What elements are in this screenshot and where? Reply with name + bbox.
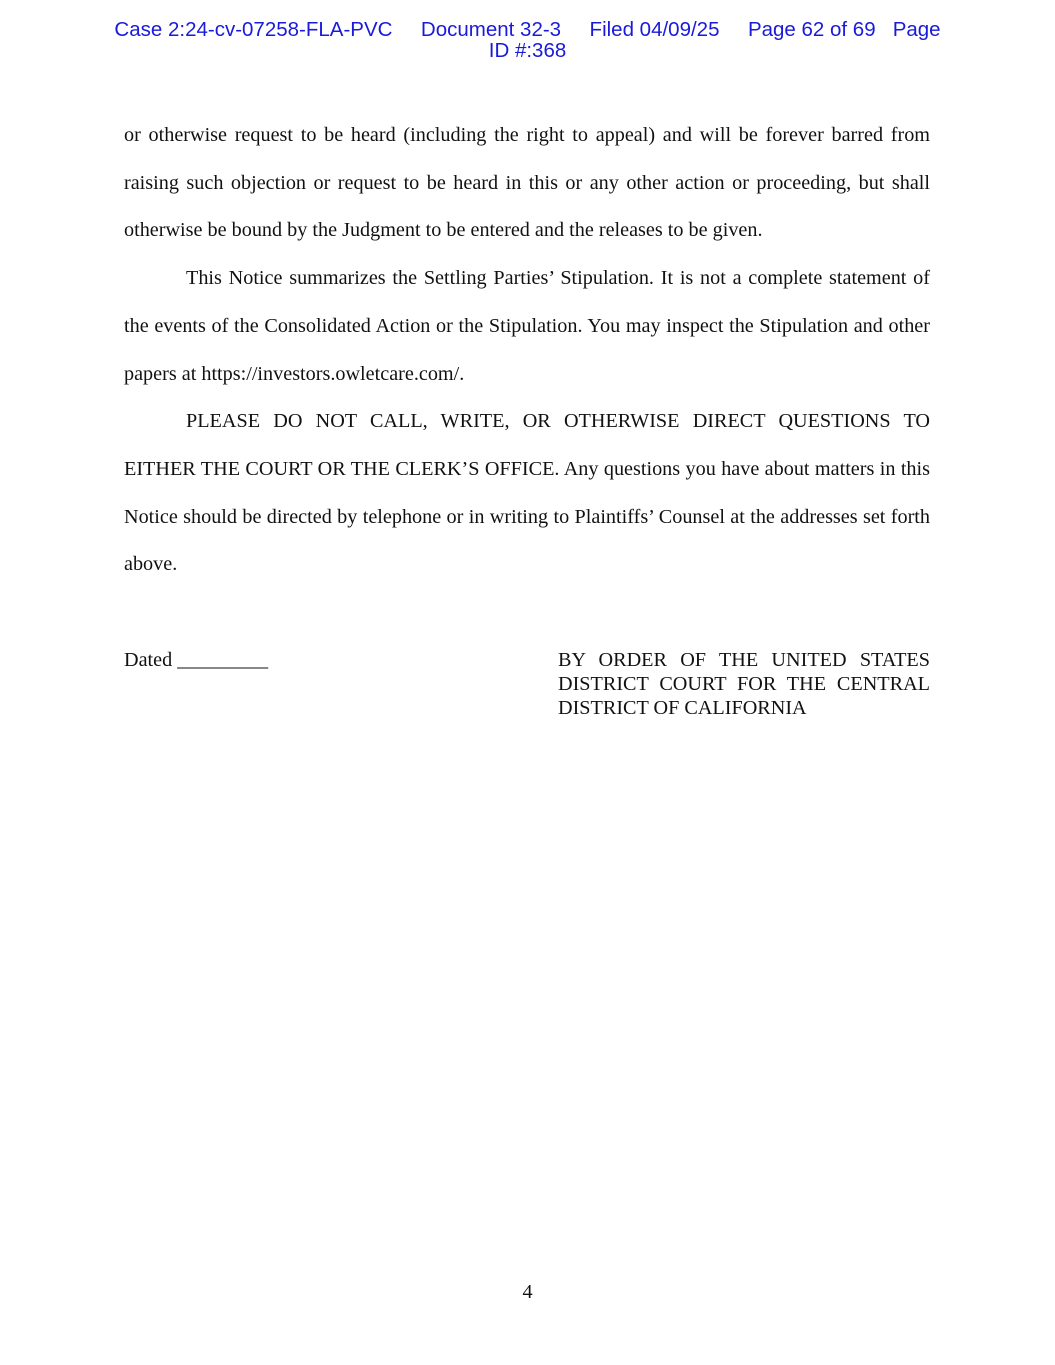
order-line-2: DISTRICT COURT FOR THE CENTRAL	[558, 672, 930, 696]
case-header-line-2: ID #:368	[0, 40, 1055, 61]
paragraph-notice-summary: This Notice summarizes the Settling Part…	[124, 255, 930, 398]
paragraph-do-not-call: PLEASE DO NOT CALL, WRITE, OR OTHERWISE …	[124, 398, 930, 589]
dated-line: Dated _________	[124, 648, 268, 672]
page-number: 4	[0, 1280, 1055, 1304]
order-line-3: DISTRICT OF CALIFORNIA	[558, 696, 930, 720]
notice-body: or otherwise request to be heard (includ…	[124, 112, 930, 589]
order-line-1: BY ORDER OF THE UNITED STATES	[558, 648, 930, 672]
case-header-line-1: Case 2:24-cv-07258-FLA-PVC Document 32-3…	[0, 19, 1055, 40]
paragraph-objection-continuation: or otherwise request to be heard (includ…	[124, 112, 930, 255]
court-order-signature-block: BY ORDER OF THE UNITED STATES DISTRICT C…	[558, 648, 930, 720]
case-header-stamp: Case 2:24-cv-07258-FLA-PVC Document 32-3…	[0, 19, 1055, 61]
